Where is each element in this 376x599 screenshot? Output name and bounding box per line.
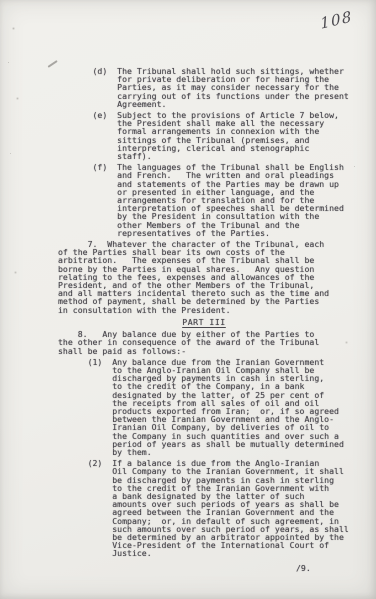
clause-f: (f) The languages of the Tribunal shall … — [58, 163, 350, 237]
scan-specks — [6, 10, 7, 11]
handwritten-page-number: 108 — [319, 7, 353, 32]
subitem-2: (2) If a balance is due from the Anglo-I… — [58, 459, 350, 557]
pencil-check-mark — [47, 60, 57, 67]
footer-continuation-mark: /9. — [58, 564, 350, 572]
subitem-1: (1) Any balance due from the Iranian Gov… — [58, 358, 350, 456]
paragraph-7: 7. Whatever the character of the Tribuna… — [58, 240, 350, 314]
scanned-page: 108 (d) The Tribunal shall hold such sit… — [0, 0, 376, 599]
paragraph-8: 8. Any balance due by either of the Part… — [58, 330, 350, 355]
document-body: (d) The Tribunal shall hold such sitting… — [58, 67, 350, 572]
clause-d: (d) The Tribunal shall hold such sitting… — [58, 67, 350, 108]
clause-e: (e) Subject to the provisions of Article… — [58, 111, 350, 160]
part-iii-heading: PART III — [58, 318, 350, 326]
